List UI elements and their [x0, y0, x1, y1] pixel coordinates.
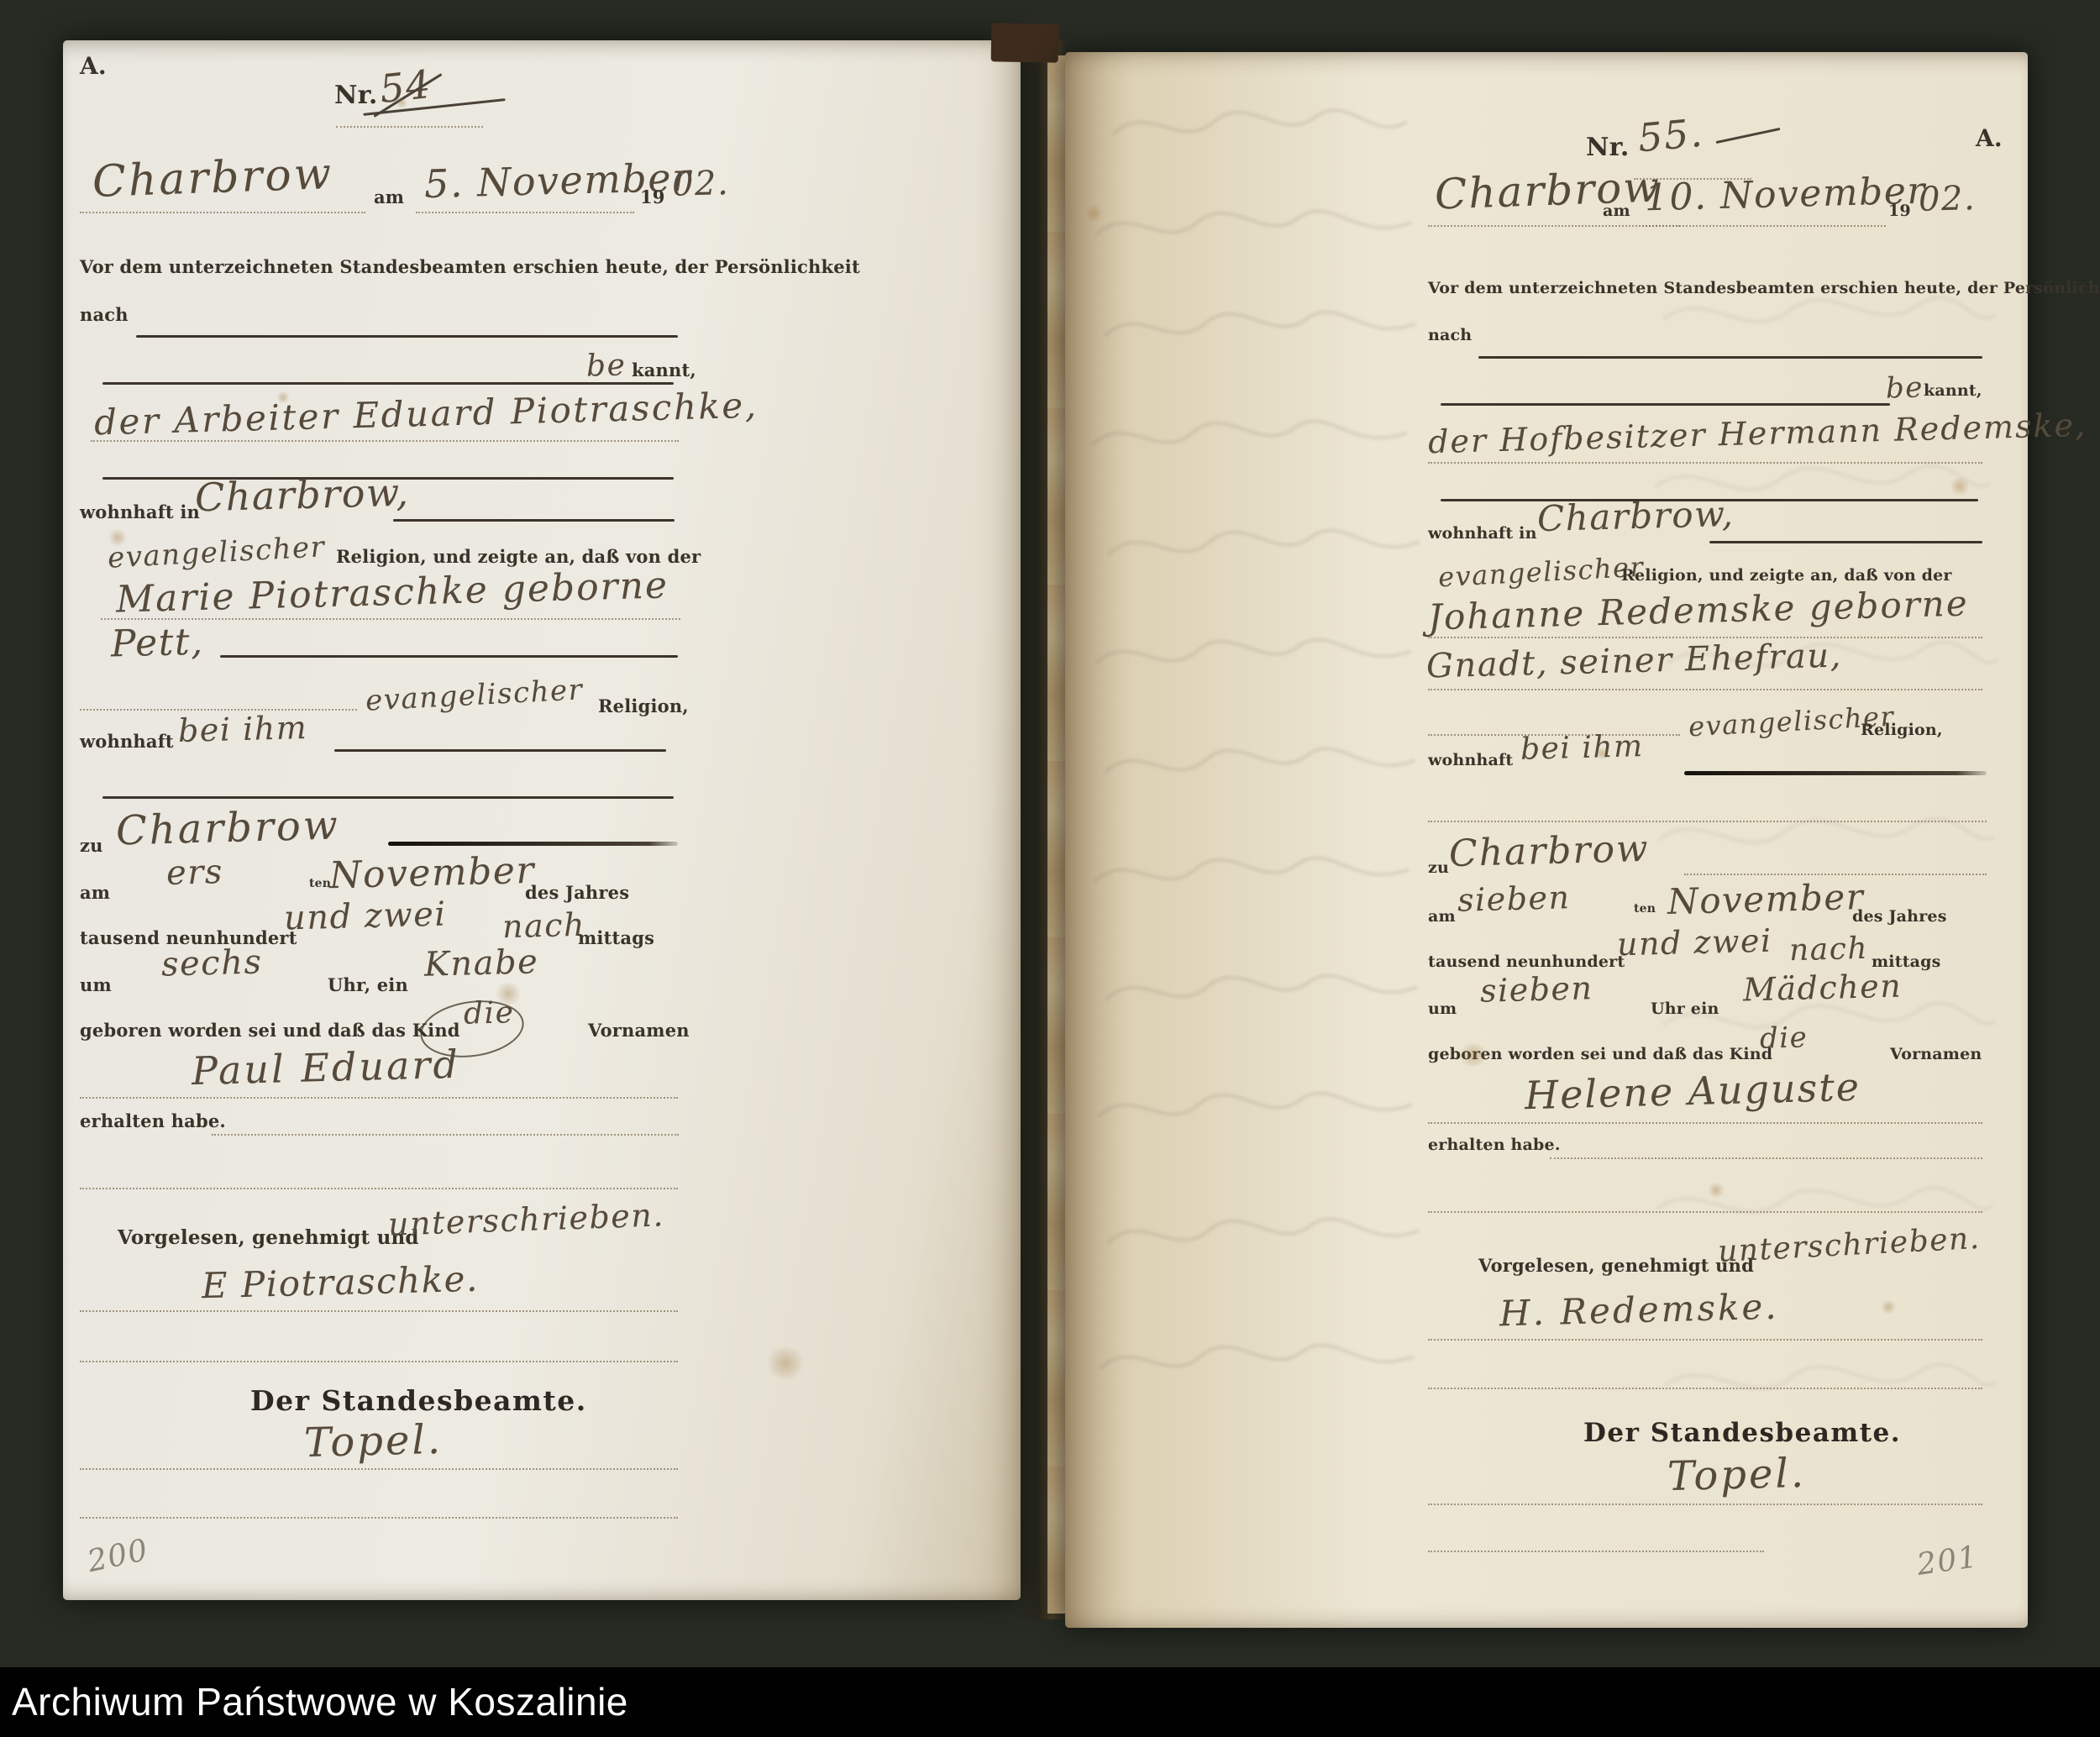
left-meridiem-hand: nach: [501, 906, 585, 946]
left-wohnhaft-label: wohnhaft: [80, 731, 174, 752]
right-birth-month: November: [1667, 876, 1864, 922]
left-child-name: Paul Eduard: [191, 1042, 460, 1094]
stain: [1594, 748, 1609, 759]
right-religion1-label: Religion, und zeigte an, daß von der: [1621, 566, 1952, 585]
left-registrar-signature: Topel.: [303, 1416, 443, 1467]
rule-line: [1428, 1339, 1982, 1341]
stain: [494, 983, 522, 1005]
rule-line: [1428, 1122, 1982, 1124]
right-des-jahres-label: des Jahres: [1852, 907, 1947, 926]
right-tausend-label: tausend neunhundert: [1428, 952, 1625, 971]
right-declarant-signature: H. Redemske.: [1499, 1286, 1779, 1335]
right-birthplace: Charbrow: [1448, 827, 1650, 875]
rule-line: [416, 212, 634, 213]
right-am2-label: am: [1428, 907, 1456, 926]
rule-line: [80, 1468, 678, 1470]
rule-line: [1709, 541, 1982, 543]
left-birth-month: November: [328, 849, 535, 897]
rule-line: [1428, 462, 1982, 464]
right-be-hand: be: [1885, 370, 1924, 405]
rule-line: [80, 1097, 678, 1099]
left-declarant-signature: E Piotraschke.: [201, 1258, 479, 1307]
left-place-heading: Charbrow: [92, 149, 334, 207]
ink-rule-line: [1684, 771, 1987, 775]
right-kannt-label: kannt,: [1924, 381, 1982, 400]
right-bei-ihm-hand: bei ihm: [1520, 729, 1644, 767]
right-nr-value: 55.: [1636, 110, 1705, 161]
rule-line: [1478, 356, 1982, 359]
right-am-label: am: [1603, 202, 1630, 220]
right-child-sex: Mädchen: [1742, 968, 1902, 1009]
right-date: 10. November: [1644, 170, 1926, 220]
left-vornamen-label: Vornamen: [588, 1020, 690, 1041]
right-uhr-ein-label: Uhr ein: [1651, 1000, 1719, 1018]
left-wohnhaft-in-label: wohnhaft in: [80, 501, 200, 522]
right-um-label: um: [1428, 1000, 1457, 1018]
rule-line: [1428, 1211, 1982, 1213]
rule-line: [1428, 1503, 1982, 1505]
right-religion2-label: Religion,: [1861, 721, 1943, 739]
rule-line: [80, 1310, 678, 1312]
left-zu-label: zu: [80, 835, 103, 856]
right-registrar-signature: Topel.: [1667, 1450, 1806, 1500]
nr-dotted-line: [336, 126, 483, 128]
right-year-printed: 19: [1888, 202, 1911, 220]
bleedthrough-ink: [1079, 84, 1424, 1512]
stain: [1880, 1300, 1897, 1314]
right-zu-label: zu: [1428, 858, 1449, 877]
left-be-hand: be: [585, 348, 626, 383]
left-religion2-label: Religion,: [598, 695, 689, 716]
left-residence: Charbrow,: [194, 470, 410, 521]
right-die-hand: die: [1759, 1021, 1808, 1055]
right-birth-hour: sieben: [1479, 969, 1593, 1010]
right-ten-label: ten: [1634, 902, 1656, 916]
right-vornamen-label: Vornamen: [1890, 1045, 1982, 1063]
stain: [108, 529, 128, 546]
stain: [395, 97, 408, 108]
stain: [1457, 1043, 1489, 1067]
scanned-register-photo: A. Nr. 54 Charbrow am 5. November 19 02.…: [0, 0, 2100, 1737]
torn-page-edge: [1047, 55, 1067, 1614]
left-erhalten-label: erhalten habe.: [80, 1110, 226, 1131]
rule-line: [1428, 821, 1987, 822]
right-corner-letter: A.: [1976, 124, 2003, 152]
left-mittags-label: mittags: [578, 927, 654, 948]
right-standesbeamte-label: Der Standesbeamte.: [1583, 1418, 1901, 1448]
rule-line: [334, 749, 666, 752]
left-nach-label: nach: [80, 304, 129, 325]
left-year-printed: 19: [640, 186, 665, 207]
rule-line: [393, 519, 675, 522]
watermark-bar: Archiwum Państwowe w Koszalinie: [0, 1667, 2100, 1737]
rule-line: [1642, 225, 1886, 227]
archive-watermark: Archiwum Państwowe w Koszalinie: [12, 1679, 628, 1724]
right-intro-line: Vor dem unterzeichneten Standesbeamten e…: [1428, 279, 2100, 297]
left-birth-day: ers: [165, 853, 223, 893]
rule-line: [1441, 403, 1890, 406]
right-wohnhaft-label: wohnhaft: [1428, 751, 1513, 769]
right-wohnhaft-in-label: wohnhaft in: [1428, 524, 1537, 543]
left-des-jahres-label: des Jahres: [525, 882, 629, 903]
rule-line: [1428, 1551, 1764, 1552]
rule-line: [80, 1361, 678, 1362]
rule-line: [80, 1188, 678, 1189]
stain: [1949, 477, 1971, 496]
rule-line: [136, 335, 678, 338]
rule-line: [101, 618, 680, 620]
ink-rule-line: [388, 842, 678, 846]
stain: [276, 391, 291, 403]
rule-line: [91, 440, 679, 442]
left-vorgelesen-label: Vorgelesen, genehmigt und: [118, 1226, 419, 1249]
left-am-label: am: [374, 186, 404, 207]
stain: [764, 1347, 806, 1379]
stain: [1084, 205, 1104, 222]
right-year-word: und zwei: [1616, 922, 1772, 963]
left-intro-line: Vor dem unterzeichneten Standesbeamten e…: [80, 256, 860, 277]
left-geboren-label: geboren worden sei und daß das Kind: [80, 1020, 460, 1041]
left-year-handwritten: 02.: [671, 164, 729, 204]
rule-line: [220, 655, 678, 658]
left-birthplace: Charbrow: [115, 802, 340, 855]
left-corner-letter: A.: [80, 52, 107, 80]
left-um-label: um: [80, 974, 112, 995]
rule-line: [1428, 1388, 1982, 1389]
right-residence: Charbrow,: [1536, 493, 1735, 539]
left-bei-ihm-hand: bei ihm: [177, 709, 307, 749]
rule-line: [1684, 874, 1987, 875]
left-mother-maiden-name: Pett,: [110, 621, 204, 666]
left-am2-label: am: [80, 882, 110, 903]
rule-line: [102, 796, 674, 799]
left-kannt-label: kannt,: [632, 359, 696, 380]
right-nach-label: nach: [1428, 326, 1472, 344]
right-erhalten-label: erhalten habe.: [1428, 1136, 1561, 1154]
rule-line: [80, 709, 357, 711]
left-child-sex: Knabe: [423, 942, 538, 984]
right-year-handwritten: 02.: [1918, 179, 1976, 219]
left-uhr-ein-label: Uhr, ein: [328, 974, 408, 995]
right-nr-label: Nr.: [1586, 133, 1630, 162]
right-meridiem-hand: nach: [1788, 931, 1868, 968]
left-ten-label: ten: [309, 877, 331, 890]
rule-line: [1428, 689, 1982, 690]
left-standesbeamte-label: Der Standesbeamte.: [250, 1384, 587, 1417]
right-child-name: Helene Auguste: [1524, 1064, 1861, 1118]
left-birth-hour: sechs: [160, 942, 263, 984]
stain: [1707, 1183, 1725, 1198]
left-year-word: und zwei: [283, 895, 447, 937]
rule-line: [1428, 637, 1982, 638]
binding-spine: [991, 23, 1059, 62]
rule-line: [80, 212, 365, 213]
rule-line: [80, 1517, 678, 1519]
right-birth-day: sieben: [1457, 879, 1571, 919]
rule-line: [1550, 1157, 1982, 1159]
right-vorgelesen-label: Vorgelesen, genehmigt und: [1478, 1255, 1754, 1276]
left-nr-label: Nr.: [334, 81, 378, 110]
rule-line: [212, 1134, 679, 1136]
